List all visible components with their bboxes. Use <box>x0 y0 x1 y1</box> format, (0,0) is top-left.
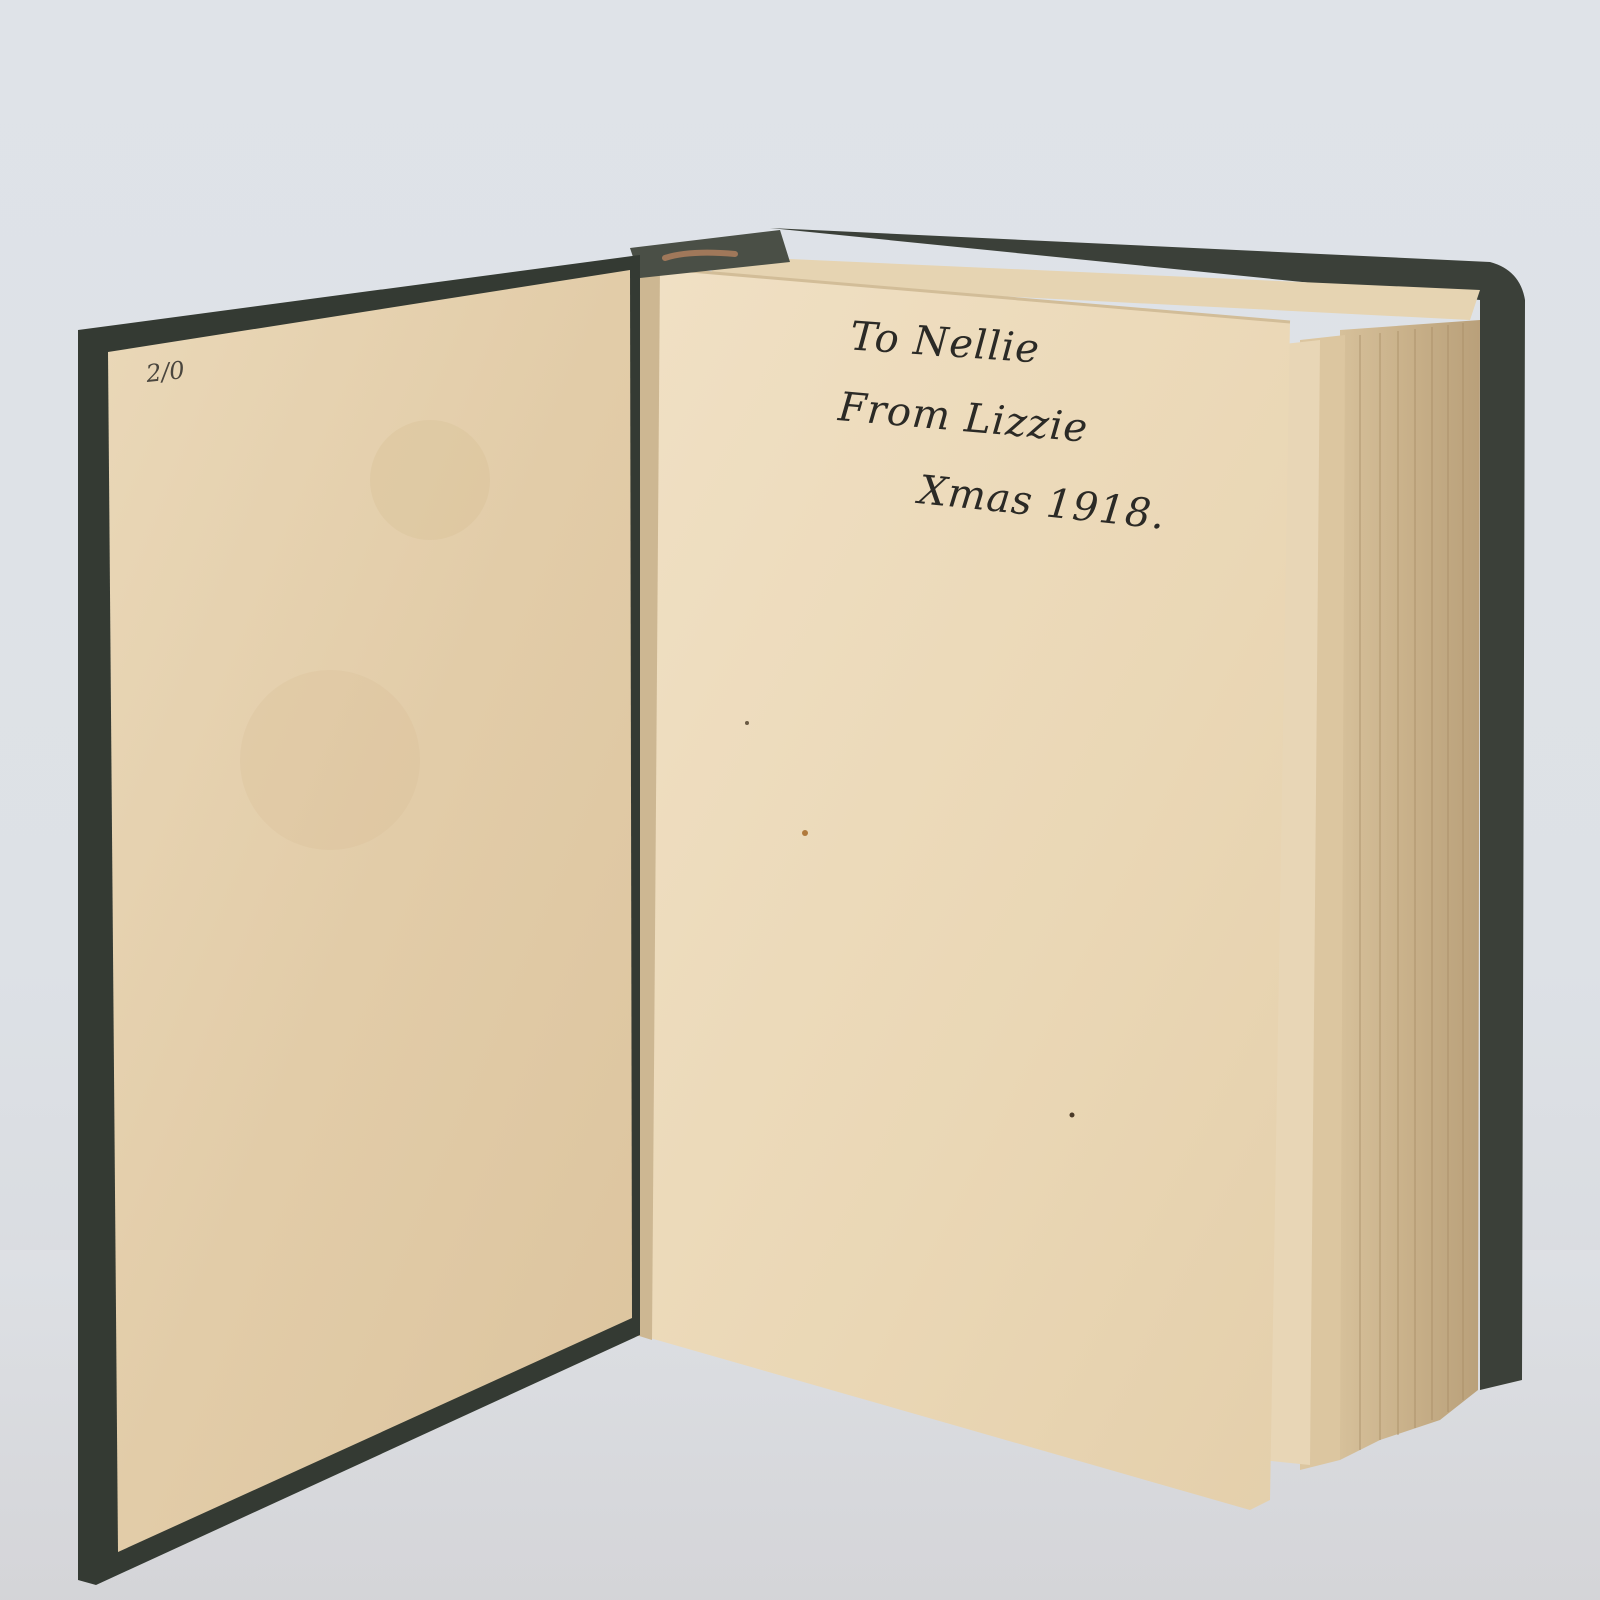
book-illustration <box>0 0 1600 1600</box>
pencil-price-mark: 2/0 <box>145 356 186 388</box>
book-photo: 2/0 To Nellie From Lizzie Xmas 1918. <box>0 0 1600 1600</box>
